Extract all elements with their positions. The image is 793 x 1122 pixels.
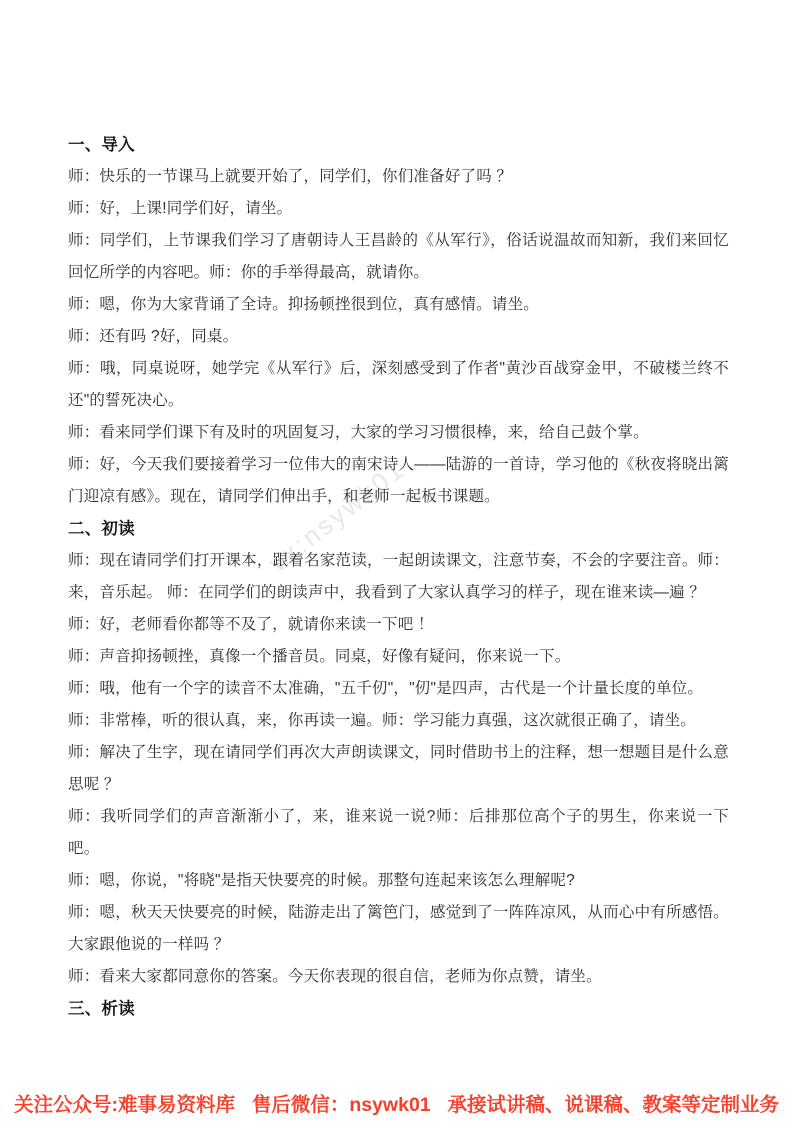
dialogue-line: 师：嗯，秋天天快要亮的时候，陆游走出了篱笆门，感觉到了一阵阵凉风，从而心中有所感…	[68, 897, 729, 961]
dialogue-line: 师：现在请同学们打开课本，跟着名家范读，一起朗读课文，注意节奏，不会的字要注音。…	[68, 545, 729, 609]
dialogue-line: 师：嗯，你为大家背诵了全诗。抑扬顿挫很到位，真有感情。请坐。	[68, 289, 729, 321]
dialogue-line: 师：好，今天我们要接着学习一位伟大的南宋诗人——陆游的一首诗，学习他的《秋夜将晓…	[68, 449, 729, 513]
dialogue-line: 师：同学们，上节课我们学习了唐朝诗人王昌龄的《从军行》，俗话说温故而知新，我们来…	[68, 225, 729, 289]
document-page: vx:nsywk01 一、导入 师：快乐的一节课马上就要开始了，同学们，你们准备…	[0, 0, 793, 1122]
dialogue-line: 师：看来大家都同意你的答案。今天你表现的很自信，老师为你点赞，请坐。	[68, 961, 729, 993]
footer-public-account: 关注公众号:难事易资料库	[14, 1089, 235, 1117]
section-heading: 二、初读	[68, 513, 729, 545]
dialogue-line: 师：看来同学们课下有及时的巩固复习，大家的学习习惯很棒，来，给自己鼓个掌。	[68, 417, 729, 449]
footer-services: 承接试讲稿、说课稿、教案等定制业务	[447, 1089, 779, 1117]
dialogue-line: 师：哦，他有一个字的读音不太准确，"五千仞"，"仞"是四声，古代是一个计量长度的…	[68, 673, 729, 705]
dialogue-line: 师：非常棒，听的很认真，来，你再读一遍。师：学习能力真强，这次就很正确了，请坐。	[68, 705, 729, 737]
dialogue-line: 师：好，上课!同学们好，请坐。	[68, 193, 729, 225]
footer-banner: 关注公众号:难事易资料库 售后微信：nsywk01 承接试讲稿、说课稿、教案等定…	[0, 1087, 793, 1119]
dialogue-line: 师：声音抑扬顿挫，真像一个播音员。同桌，好像有疑问，你来说一下。	[68, 641, 729, 673]
section-heading: 三、析读	[68, 993, 729, 1025]
dialogue-line: 师：我听同学们的声音渐渐小了，来，谁来说一说?师：后排那位高个子的男生，你来说一…	[68, 801, 729, 865]
dialogue-line: 师：快乐的一节课马上就要开始了，同学们，你们准备好了吗 ？	[68, 161, 729, 193]
lesson-script-body: 一、导入 师：快乐的一节课马上就要开始了，同学们，你们准备好了吗 ？ 师：好，上…	[68, 129, 729, 1025]
dialogue-line: 师：解决了生字，现在请同学们再次大声朗读课文，同时借助书上的注释，想一想题目是什…	[68, 737, 729, 801]
dialogue-line: 师：好，老师看你都等不及了，就请你来读一下吧 ！	[68, 609, 729, 641]
dialogue-line: 师：哦，同桌说呀，她学完《从军行》后，深刻感受到了作者"黄沙百战穿金甲，不破楼兰…	[68, 353, 729, 417]
footer-wechat-contact: 售后微信：nsywk01	[252, 1089, 431, 1117]
dialogue-line: 师：还有吗 ?好，同桌。	[68, 321, 729, 353]
section-heading: 一、导入	[68, 129, 729, 161]
dialogue-line: 师：嗯，你说，"将晓"是指天快要亮的时候。那整句连起来该怎么理解呢?	[68, 865, 729, 897]
